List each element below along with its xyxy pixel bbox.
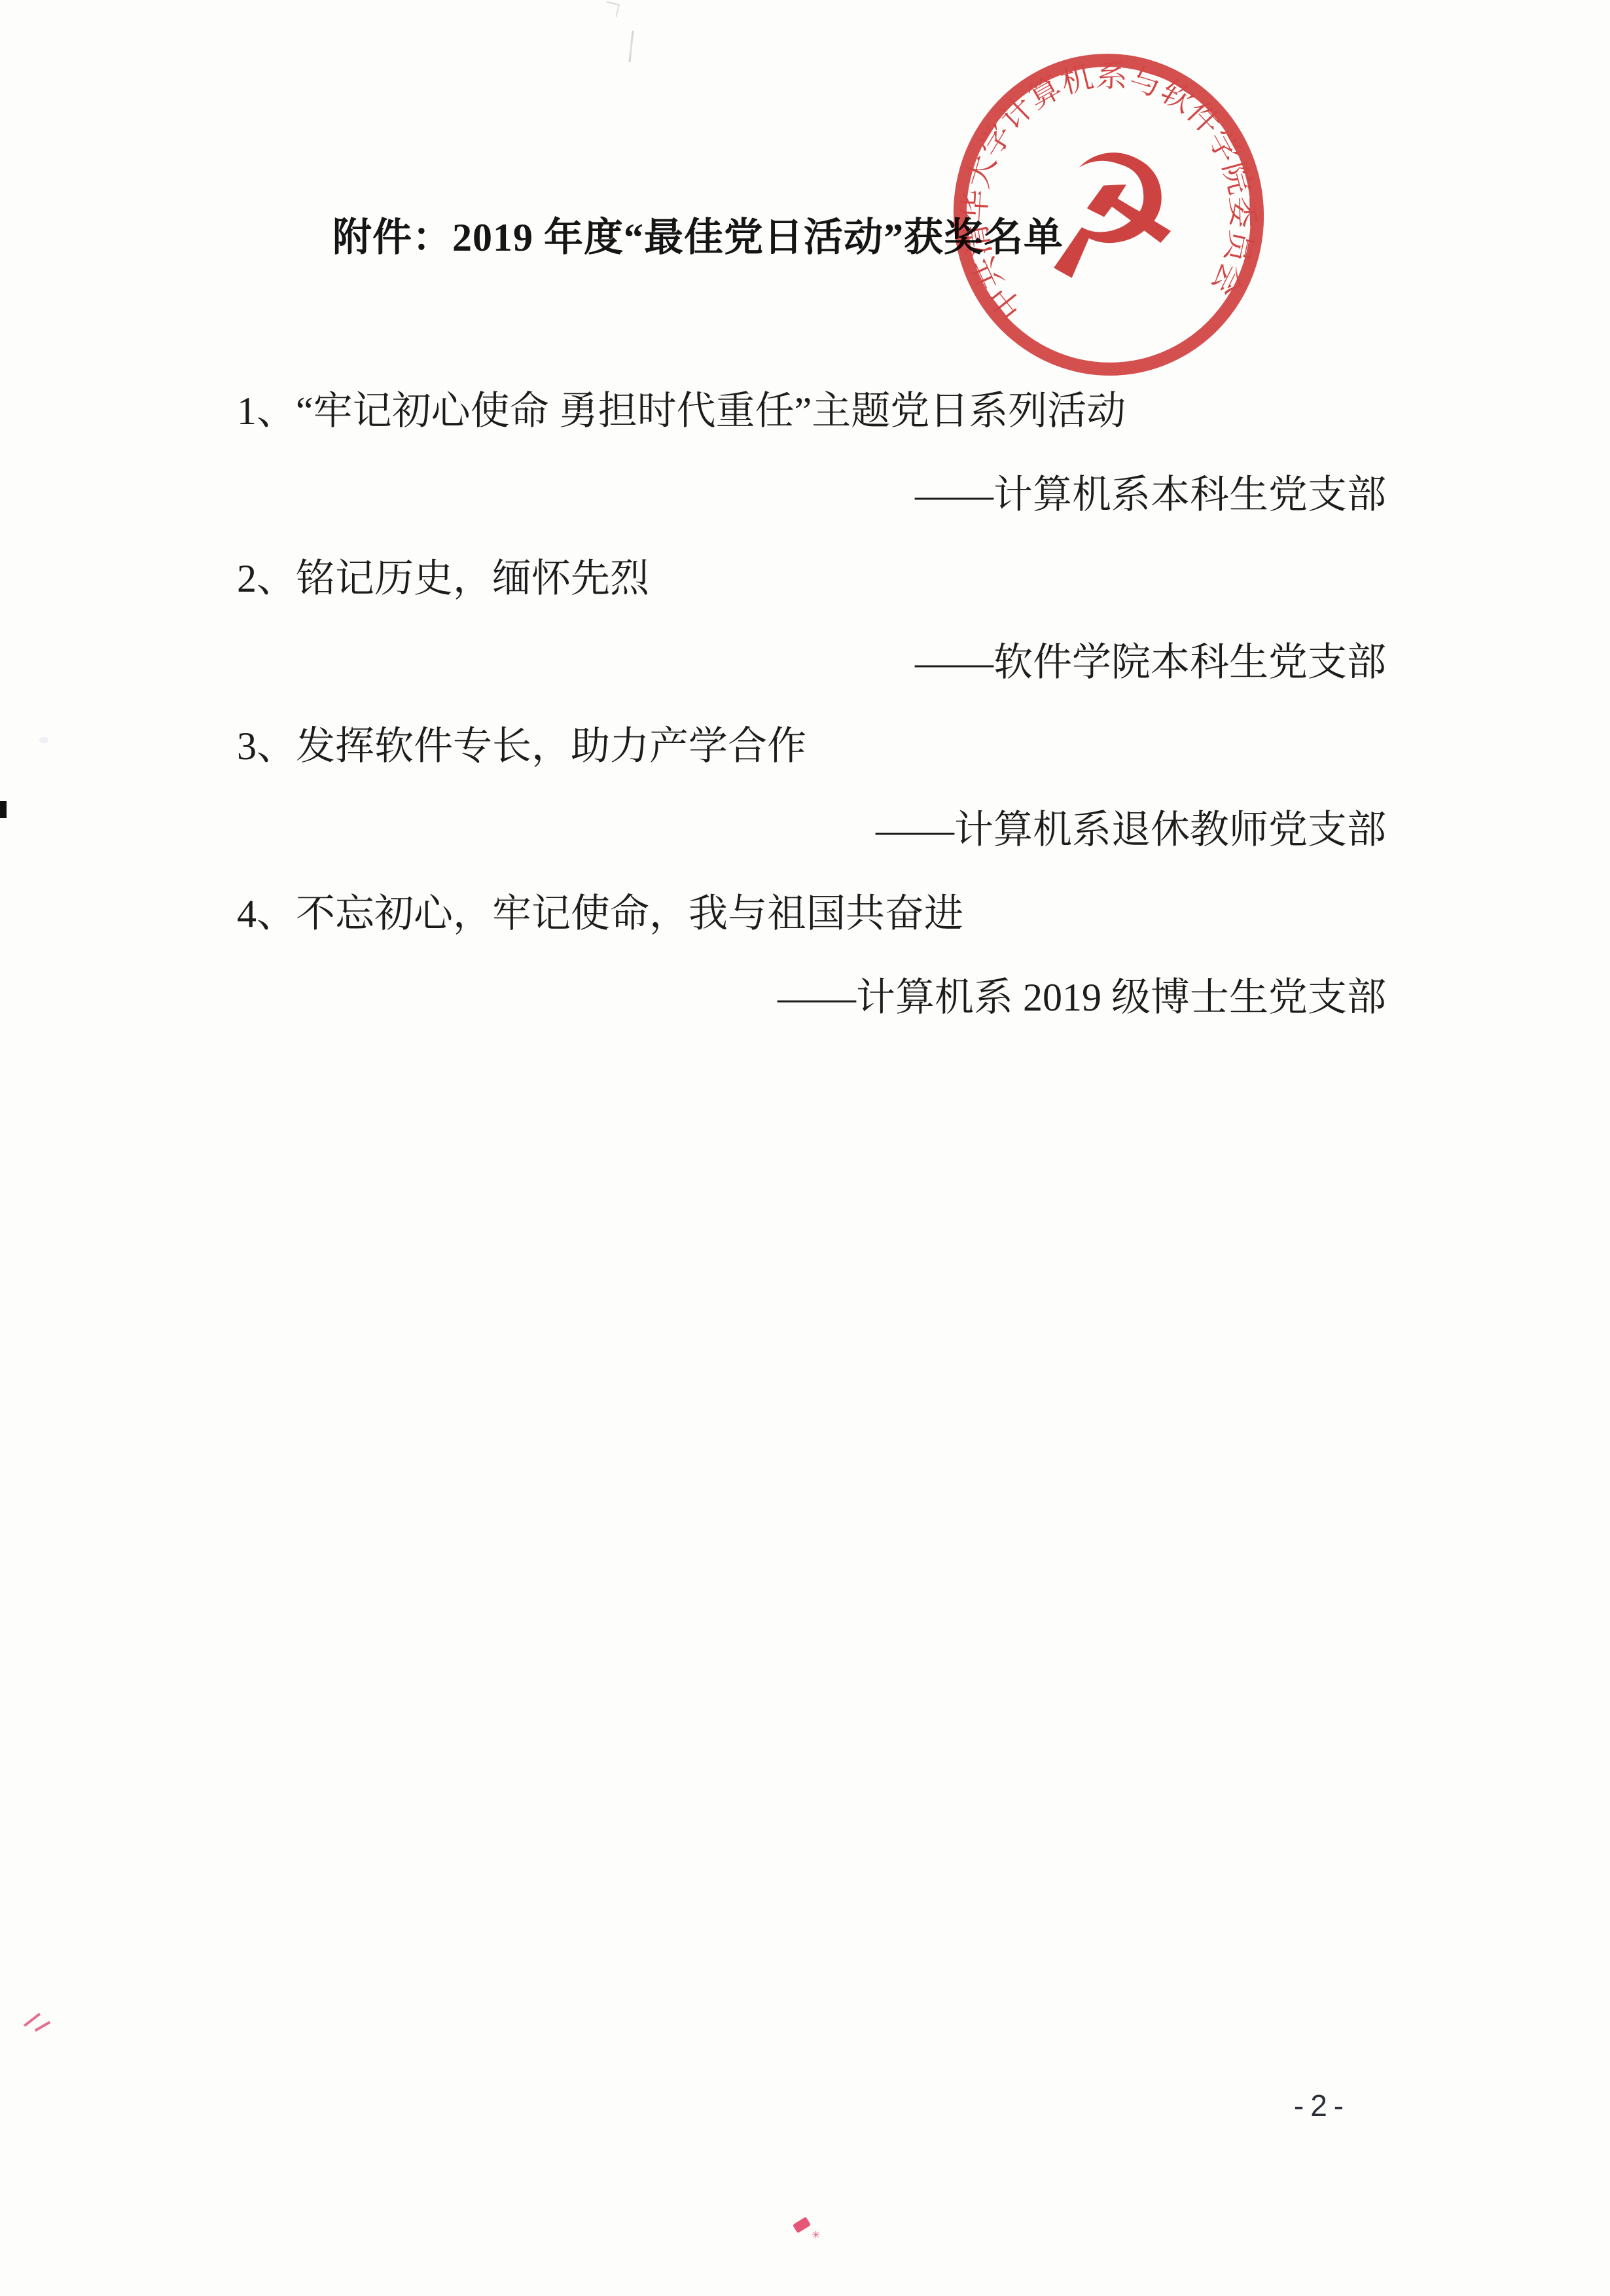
page-number: -2-	[1270, 2089, 1374, 2122]
scan-artifact-pink-blob	[793, 2217, 811, 2233]
award-item-2-activity: 铭记历史，缅怀先烈	[296, 557, 649, 600]
stamp-svg: 中共清华大学计算机系与软件学院委员会 ☭	[921, 20, 1297, 409]
scanned-document-page: { "document": { "title": "附件：2019 年度“最佳党…	[0, 0, 1610, 2296]
award-item-1-index: 1、	[237, 389, 296, 433]
award-item-4-index: 4、	[237, 892, 296, 935]
award-item-3-index: 3、	[237, 725, 296, 768]
award-item-4-winner: ——计算机系 2019 级博士生党支部	[778, 977, 1386, 1018]
official-red-stamp: 中共清华大学计算机系与软件学院委员会 ☭	[921, 20, 1297, 409]
award-item-2: 2、铭记历史，缅怀先烈	[237, 558, 649, 600]
award-item-3-activity: 发挥软件专长，助力产学合作	[296, 725, 806, 768]
scan-artifact-pink-scribble-1	[24, 2013, 41, 2027]
award-item-2-index: 2、	[237, 557, 296, 600]
scan-artifact-pink-speck: ✳	[812, 2231, 821, 2240]
award-item-4: 4、不忘初心，牢记使命，我与祖国共奋进	[237, 893, 963, 935]
award-item-1-winner: ——计算机系本科生党支部	[915, 474, 1386, 516]
scan-artifact-top-smudge	[604, 1, 620, 17]
hammer-and-sickle-icon: ☭	[1026, 114, 1192, 320]
award-item-3: 3、发挥软件专长，助力产学合作	[237, 725, 806, 767]
award-item-2-winner: ——软件学院本科生党支部	[915, 641, 1386, 683]
scan-artifact-pink-scribble-2	[35, 2021, 51, 2032]
award-item-4-activity: 不忘初心，牢记使命，我与祖国共奋进	[296, 892, 963, 935]
scan-artifact-top-squiggle	[628, 31, 634, 62]
scan-artifact-edge-mark	[0, 801, 7, 818]
award-item-3-winner: ——计算机系退休教师党支部	[876, 809, 1386, 851]
scan-artifact-left-smudge	[39, 737, 48, 744]
